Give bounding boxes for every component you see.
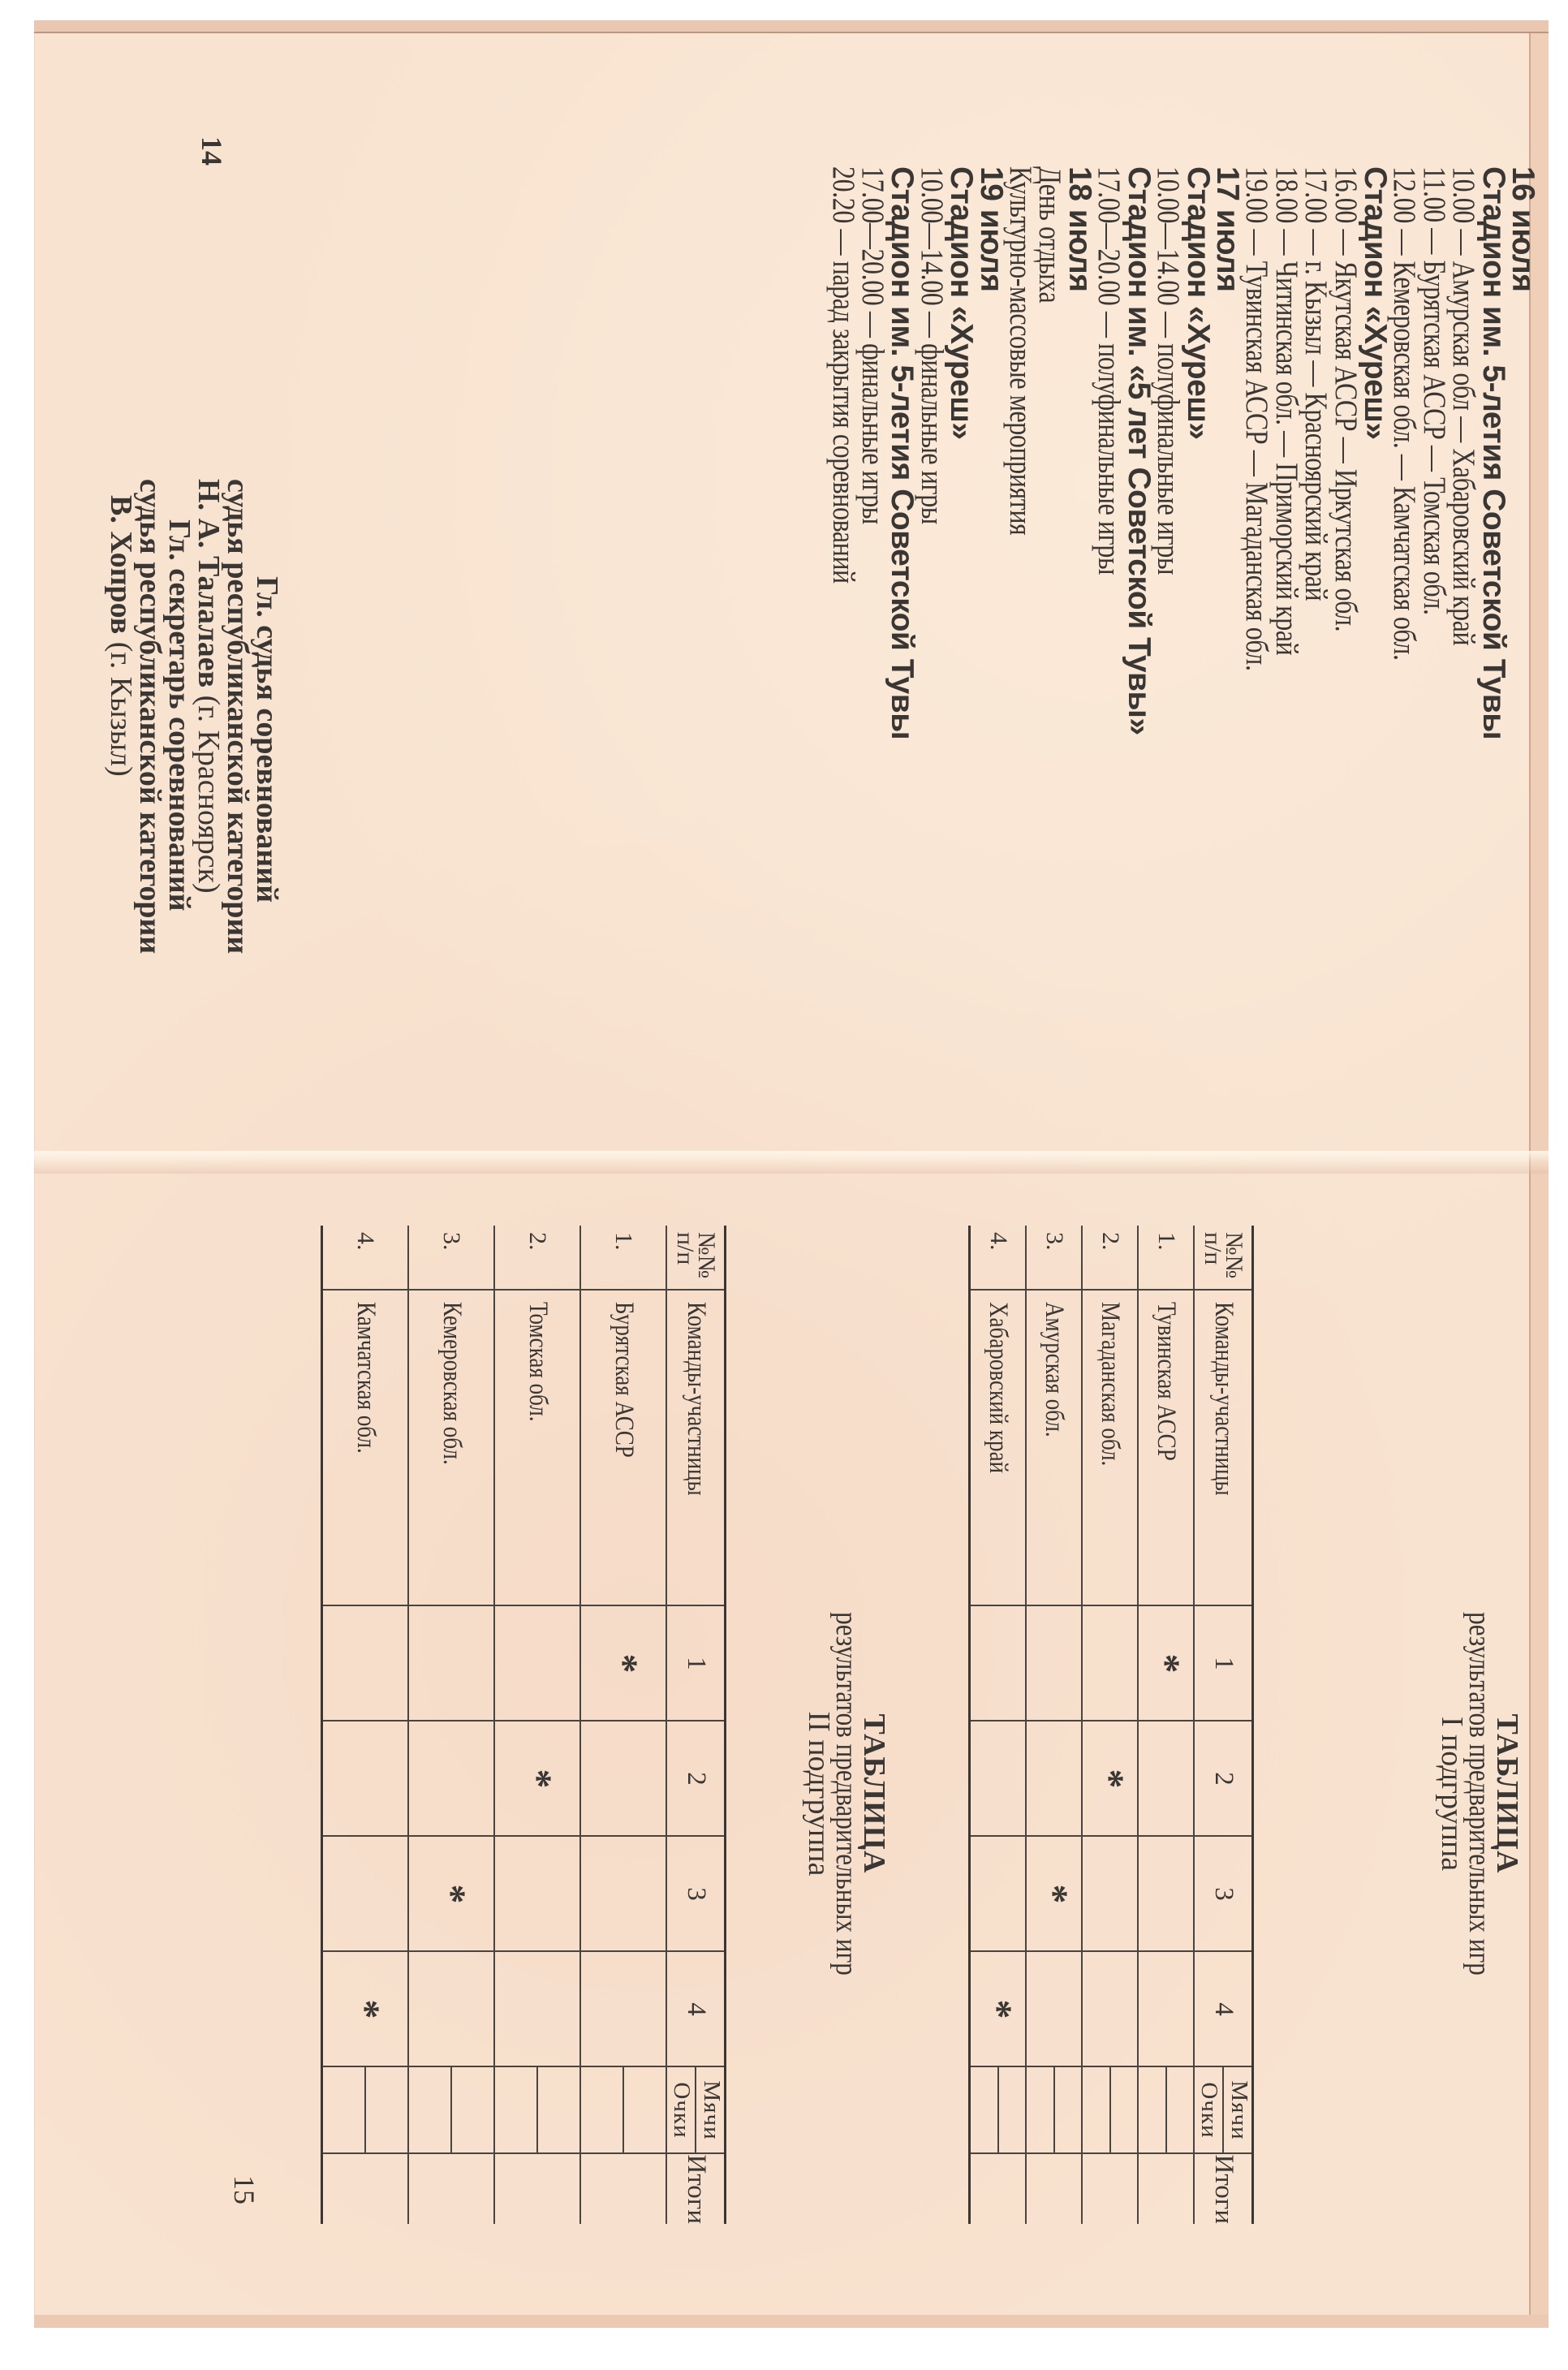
team-name: Хабаровский край	[970, 1290, 1027, 1605]
score-cell[interactable]: *	[1082, 1721, 1138, 1836]
score-cell[interactable]	[1082, 1605, 1138, 1721]
chief-judge-category: судья республиканской категории	[223, 479, 252, 1209]
col-header-balls-points: Мячи Очки	[1195, 2066, 1253, 2153]
col-header-balls: Мячи	[695, 2067, 725, 2152]
schedule-venue: Стадион «Хуреш»	[1360, 166, 1389, 1100]
team-name: Томская обл.	[494, 1290, 580, 1605]
table-row: 2. Магаданская обл. *	[1082, 1226, 1138, 2224]
balls-points-cell[interactable]	[1082, 2066, 1138, 2153]
row-number: 2.	[1082, 1226, 1138, 1290]
score-cell[interactable]	[1138, 1951, 1194, 2066]
team-name: Амурская обл.	[1026, 1290, 1082, 1605]
totals-cell[interactable]	[408, 2153, 494, 2224]
score-cell[interactable]	[1026, 1605, 1082, 1721]
row-number: 4.	[970, 1226, 1027, 1290]
schedule-venue: Стадион «Хуреш»	[946, 166, 976, 1100]
col-header-4: 4	[1195, 1951, 1253, 2066]
table-group: I подгруппа	[1438, 1428, 1466, 2159]
schedule-item: 17.00 — г. Кызыл — Красноярский край	[1301, 166, 1330, 1100]
results-table-group-1: №№ п/п Команды-участницы 1 2 3 4 Мячи Оч…	[968, 1226, 1254, 2224]
row-number: 2.	[494, 1226, 580, 1290]
balls-points-cell[interactable]	[970, 2066, 1027, 2153]
row-number: 1.	[580, 1226, 666, 1290]
schedule: 16 июля Стадион им. 5-летия Советской Ту…	[828, 166, 1537, 1100]
chief-judge-name: Н. А. Талалаев	[192, 479, 226, 687]
schedule-date: 17 июля	[1213, 166, 1242, 1100]
totals-cell[interactable]	[580, 2153, 666, 2224]
balls-points-cell[interactable]	[322, 2066, 409, 2153]
row-number: 3.	[408, 1226, 494, 1290]
col-header-balls-points: Мячи Очки	[667, 2066, 726, 2153]
score-cell[interactable]	[580, 1951, 666, 2066]
signature-block: Гл. судья соревнований судья республикан…	[106, 479, 282, 1209]
score-cell[interactable]	[322, 1721, 409, 1836]
table-row: 3. Амурская обл. *	[1026, 1226, 1082, 2224]
schedule-venue: Стадион им. 5-летия Советской Тувы	[1478, 166, 1507, 1100]
col-header-2: 2	[667, 1721, 726, 1836]
col-header-number: №№ п/п	[667, 1226, 726, 1290]
schedule-item: 12.00 — Кемеровская обл. — Камчатская об…	[1389, 166, 1419, 1100]
col-header-teams: Команды-участницы	[1195, 1290, 1253, 1605]
score-cell[interactable]	[1026, 1721, 1082, 1836]
table-title: ТАБЛИЦА	[860, 1428, 888, 2159]
score-cell[interactable]: *	[1026, 1836, 1082, 1951]
score-cell[interactable]	[1138, 1721, 1194, 1836]
table-header-row: №№ п/п Команды-участницы 1 2 3 4 Мячи Оч…	[667, 1226, 726, 2224]
col-header-4: 4	[667, 1951, 726, 2066]
table-group: II подгруппа	[805, 1428, 833, 2159]
table-row: 4. Камчатская обл. *	[322, 1226, 409, 2224]
page-14: 16 июля Стадион им. 5-летия Советской Ту…	[0, 0, 1568, 1161]
score-cell[interactable]: *	[580, 1605, 666, 1721]
score-cell[interactable]	[970, 1605, 1027, 1721]
score-cell[interactable]	[408, 1721, 494, 1836]
balls-points-cell[interactable]	[1026, 2066, 1082, 2153]
table-1-title: ТАБЛИЦА результатов предварительных игр …	[1438, 1428, 1521, 2159]
balls-points-cell[interactable]	[1138, 2066, 1194, 2153]
schedule-item: 10.00—14.00 — финальные игры	[916, 166, 946, 1100]
col-header-1: 1	[1195, 1605, 1253, 1721]
totals-cell[interactable]	[1082, 2153, 1138, 2224]
score-cell[interactable]	[580, 1721, 666, 1836]
schedule-date: 16 июля	[1508, 166, 1537, 1100]
score-cell[interactable]	[408, 1605, 494, 1721]
schedule-item: 10.00—14.00 — полуфинальные игры	[1153, 166, 1182, 1100]
col-header-number: №№ п/п	[1195, 1226, 1253, 1290]
col-header-2: 2	[1195, 1721, 1253, 1836]
schedule-item: 17.00—20.00 — финальные игры	[858, 166, 887, 1100]
chief-secretary-category: судья республиканской категории	[136, 479, 165, 1209]
score-cell[interactable]	[970, 1721, 1027, 1836]
col-header-totals: Итоги	[1195, 2153, 1253, 2224]
score-cell[interactable]	[322, 1605, 409, 1721]
balls-points-cell[interactable]	[580, 2066, 666, 2153]
col-header-points: Очки	[1195, 2067, 1223, 2152]
table-subtitle: результатов предварительных игр	[1466, 1428, 1493, 2159]
team-name: Кемеровская обл.	[408, 1290, 494, 1605]
col-header-totals: Итоги	[667, 2153, 726, 2224]
page-number: 14	[195, 136, 229, 166]
col-header-3: 3	[667, 1836, 726, 1951]
score-cell[interactable]	[322, 1836, 409, 1951]
chief-secretary-name-line: В. Хопров (г. Кызыл)	[106, 479, 136, 1209]
results-table-group-2: №№ п/п Команды-участницы 1 2 3 4 Мячи Оч…	[321, 1226, 726, 2224]
schedule-item: 16.00 — Якутская АССР — Иркутская обл.	[1330, 166, 1359, 1100]
balls-points-cell[interactable]	[408, 2066, 494, 2153]
row-number: 4.	[322, 1226, 409, 1290]
table-row: 2. Томская обл. *	[494, 1226, 580, 2224]
score-cell[interactable]	[1138, 1836, 1194, 1951]
table-row: 4. Хабаровский край *	[970, 1226, 1027, 2224]
col-header-3: 3	[1195, 1836, 1253, 1951]
schedule-item: 18.00 — Читинская обл. — Приморский край	[1271, 166, 1300, 1100]
score-cell[interactable]	[1082, 1836, 1138, 1951]
score-cell[interactable]: *	[408, 1836, 494, 1951]
team-name: Тувинская АССР	[1138, 1290, 1194, 1605]
schedule-venue: Стадион им. 5-летия Советской Тувы	[887, 166, 916, 1100]
chief-secretary-city: (г. Кызыл)	[104, 642, 138, 777]
chief-judge-name-line: Н. А. Талалаев (г. Красноярск)	[194, 479, 223, 1209]
table-row: 1. Бурятская АССР *	[580, 1226, 666, 2224]
score-cell[interactable]	[408, 1951, 494, 2066]
schedule-item: 10.00 — Амурская обл — Хабаровский край	[1449, 166, 1478, 1100]
table-subtitle: результатов предварительных игр	[833, 1428, 860, 2159]
score-cell[interactable]	[494, 1605, 580, 1721]
score-cell[interactable]	[580, 1836, 666, 1951]
totals-cell[interactable]	[970, 2153, 1027, 2224]
totals-cell[interactable]	[322, 2153, 409, 2224]
schedule-item: 20.20 — парад закрытия соревнований	[828, 166, 857, 1100]
page-number: 15	[227, 2175, 261, 2204]
schedule-item: 19.00 — Тувинская АССР — Магаданская обл…	[1242, 166, 1271, 1100]
score-cell[interactable]: *	[322, 1951, 409, 2066]
col-header-balls: Мячи	[1222, 2067, 1252, 2152]
totals-cell[interactable]	[494, 2153, 580, 2224]
score-cell[interactable]	[1026, 1951, 1082, 2066]
score-cell[interactable]: *	[970, 1951, 1027, 2066]
totals-cell[interactable]	[1138, 2153, 1194, 2224]
row-number: 1.	[1138, 1226, 1194, 1290]
schedule-venue: Стадион им. «5 лет Советской Тувы»	[1123, 166, 1152, 1100]
table-2-title: ТАБЛИЦА результатов предварительных игр …	[805, 1428, 888, 2159]
score-cell[interactable]	[494, 1951, 580, 2066]
table-row: 1. Тувинская АССР *	[1138, 1226, 1194, 2224]
chief-judge-city: (г. Красноярск)	[192, 696, 226, 894]
score-cell[interactable]	[494, 1836, 580, 1951]
schedule-date: 19 июля	[976, 166, 1005, 1100]
schedule-item: День отдыха	[1035, 166, 1064, 1100]
score-cell[interactable]	[1082, 1951, 1138, 2066]
chief-secretary-name: В. Хопров	[104, 495, 138, 634]
schedule-item: Культурно-массовые мероприятия	[1006, 166, 1035, 1100]
score-cell[interactable]: *	[1138, 1605, 1194, 1721]
page-15: ТАБЛИЦА результатов предварительных игр …	[0, 1161, 1568, 2370]
table-title: ТАБЛИЦА	[1493, 1428, 1521, 2159]
balls-points-cell[interactable]	[494, 2066, 580, 2153]
table-row: 3. Кемеровская обл. *	[408, 1226, 494, 2224]
score-cell[interactable]	[970, 1836, 1027, 1951]
chief-judge-title: Гл. судья соревнований	[252, 479, 282, 1209]
score-cell[interactable]: *	[494, 1721, 580, 1836]
team-name: Магаданская обл.	[1082, 1290, 1138, 1605]
row-number: 3.	[1026, 1226, 1082, 1290]
col-header-teams: Команды-участницы	[667, 1290, 726, 1605]
chief-secretary-title: Гл. секретарь соревнований	[165, 479, 194, 1209]
schedule-venue: Стадион «Хуреш»	[1182, 166, 1212, 1100]
team-name: Бурятская АССР	[580, 1290, 666, 1605]
totals-cell[interactable]	[1026, 2153, 1082, 2224]
team-name: Камчатская обл.	[322, 1290, 409, 1605]
col-header-1: 1	[667, 1605, 726, 1721]
schedule-date: 18 июля	[1065, 166, 1094, 1100]
booklet-spread: 16 июля Стадион им. 5-летия Советской Ту…	[0, 0, 1568, 2370]
schedule-item: 17.00—20.00 — полуфинальные игры	[1094, 166, 1123, 1100]
table-header-row: №№ п/п Команды-участницы 1 2 3 4 Мячи Оч…	[1195, 1226, 1253, 2224]
schedule-item: 11.00 — Бурятская АССР — Томская обл.	[1419, 166, 1448, 1100]
col-header-points: Очки	[667, 2067, 696, 2152]
